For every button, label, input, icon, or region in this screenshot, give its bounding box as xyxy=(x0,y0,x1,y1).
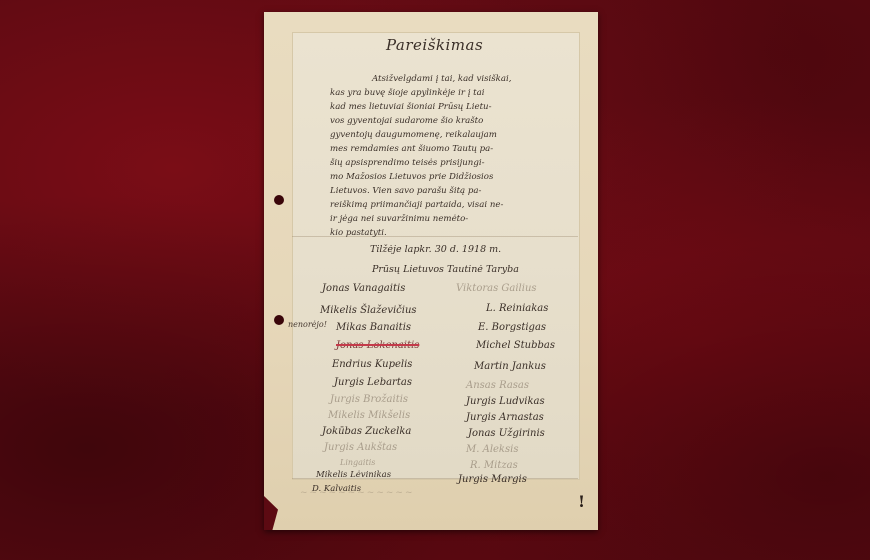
faded-stamp: ~~~~~~~~~~~~ xyxy=(300,488,415,498)
body-line: ir jėga nei suvaržinimu nemėto- xyxy=(330,214,468,224)
document-title: Pareiškimas xyxy=(386,36,483,54)
body-line: Lietuvos. Vien savo parašu šitą pa- xyxy=(330,186,481,196)
body-line: kad mes lietuviai šioniai Prūsų Lietu- xyxy=(330,102,491,112)
signature: Viktoras Gailius xyxy=(456,283,537,294)
body-line: kio pastatyti. xyxy=(330,228,387,238)
signature: Mikelis Lėvinikas xyxy=(316,470,391,480)
body-line: šių apsisprendimo teisės prisijungi- xyxy=(330,158,484,168)
margin-note: nenorėjo! xyxy=(288,320,327,329)
signature: L. Reiniakas xyxy=(486,303,548,314)
body-line: mo Mažosios Lietuvos prie Didžiosios xyxy=(330,172,493,182)
signature: Mikas Banaitis xyxy=(336,322,411,333)
signature: Jurgis Ludvikas xyxy=(466,396,545,407)
exclamation-mark: ! xyxy=(578,492,585,511)
body-line: mes remdamies ant šiuomo Tautų pa- xyxy=(330,144,493,154)
signature: Jurgis Lebartas xyxy=(334,377,412,388)
body-line: Atsižvelgdami į tai, kad visiškai, xyxy=(372,74,511,84)
body-line: kas yra buvę šioje apylinkėje ir į tai xyxy=(330,88,485,98)
place-date: Tilžėje lapkr. 30 d. 1918 m. xyxy=(370,244,501,255)
struck-signature: Jonas Lokenaitis xyxy=(336,340,419,351)
signature: Endrius Kupelis xyxy=(332,359,412,370)
signature: Jokūbas Zuckelka xyxy=(322,426,411,437)
signature: Lingaitis xyxy=(340,458,375,467)
punch-hole-lower xyxy=(274,315,284,325)
signature: Jurgis Margis xyxy=(458,474,527,485)
signature: Jurgis Aukštas xyxy=(324,442,397,453)
body-line: vos gyventojai sudarome šio krašto xyxy=(330,116,483,126)
council-name: Prūsų Lietuvos Tautinė Taryba xyxy=(372,264,519,275)
signature: R. Mitzas xyxy=(470,460,518,471)
signature: Jonas Užgirinis xyxy=(468,428,545,439)
signature: Mikelis Šlaževičius xyxy=(320,305,417,316)
signature: E. Borgstigas xyxy=(478,322,546,333)
signature: Ansas Rasas xyxy=(466,380,529,391)
signature: M. Aleksis xyxy=(466,444,518,455)
signature: Martin Jankus xyxy=(474,361,546,372)
signature: Jurgis Brožaitis xyxy=(330,394,408,405)
signature: Jonas Vanagaitis xyxy=(322,283,405,294)
punch-hole-upper xyxy=(274,195,284,205)
signature: Mikelis Mikšelis xyxy=(328,410,410,421)
body-line: gyventojų daugumomenę, reikalaujam xyxy=(330,130,497,140)
signature: Michel Stubbas xyxy=(476,340,555,351)
signature: Jurgis Arnastas xyxy=(466,412,544,423)
body-line: reiškimą priimančiaji partaida, visai ne… xyxy=(330,200,503,210)
